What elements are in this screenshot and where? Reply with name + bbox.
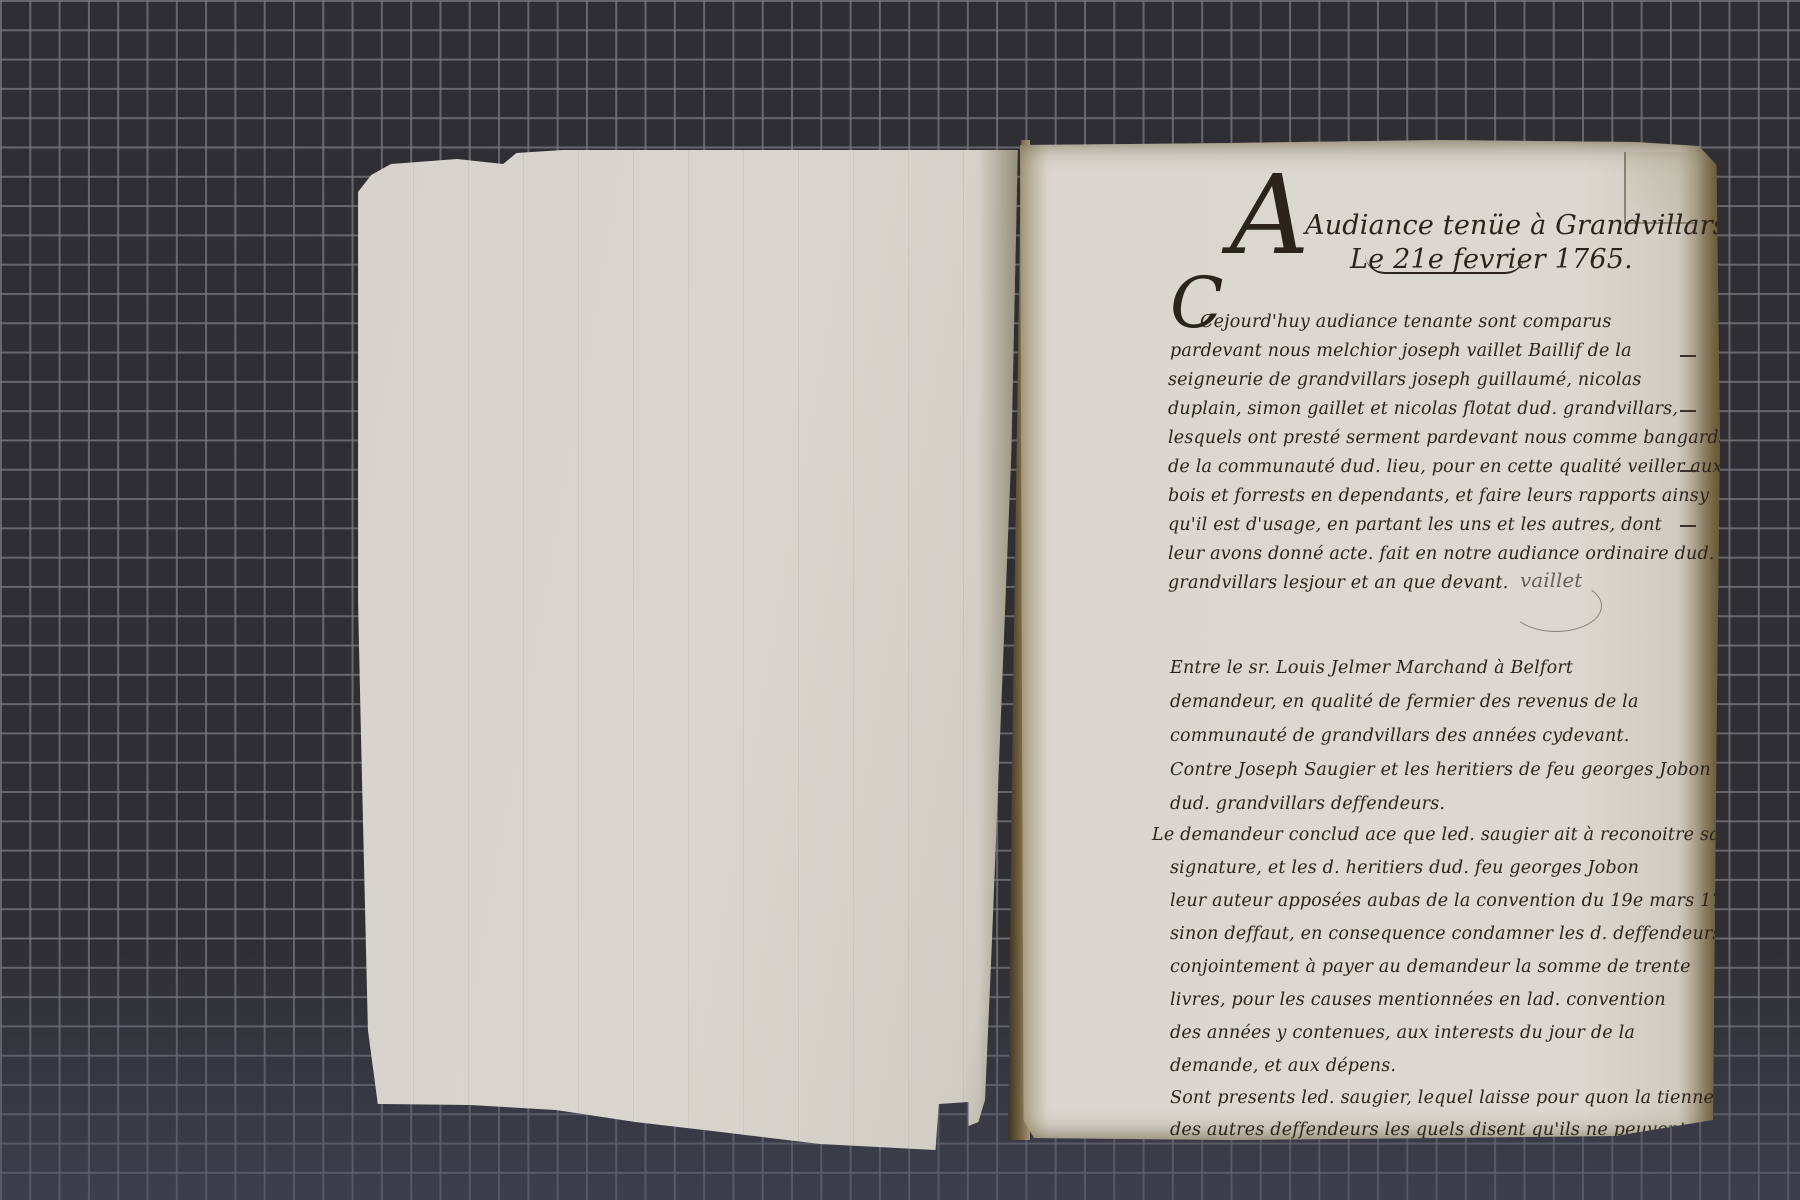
- para4-line: des autres deffendeurs les quels disent …: [1170, 1120, 1766, 1140]
- para1-line: lesquels ont presté serment pardevant no…: [1168, 428, 1728, 448]
- margin-dash: [1680, 525, 1696, 527]
- para1-line: seigneurie de grandvillars joseph guilla…: [1168, 370, 1642, 390]
- para3-line: conjointement à payer au demandeur la so…: [1170, 957, 1691, 977]
- laid-lines: [358, 150, 1018, 1150]
- signature-flourish: [1510, 580, 1602, 632]
- para1-line: qu'il est d'usage, en partant les uns et…: [1168, 515, 1662, 535]
- para3-line: signature, et les d. heritiers dud. feu …: [1170, 858, 1639, 878]
- para1-line: pardevant nous melchior joseph vaillet B…: [1170, 341, 1632, 361]
- para4-line: leur signature estant mort, a fond la ve…: [1170, 1152, 1654, 1172]
- title-drop-cap: A: [1230, 160, 1309, 270]
- para3-line: leur auteur apposées aubas de la convent…: [1170, 891, 1745, 911]
- title-line-1: Audiance tenüe à Grandvillars: [1305, 210, 1727, 241]
- para1-line: grandvillars lesjour et an que devant.: [1168, 573, 1509, 593]
- para3-line: livres, pour les causes mentionnées en l…: [1170, 990, 1666, 1010]
- para3-line: demande, et aux dépens.: [1170, 1056, 1396, 1076]
- para1-line: bois et forrests en dependants, et faire…: [1168, 486, 1709, 506]
- para1-line: Cejourd'huy audiance tenante sont compar…: [1200, 312, 1612, 332]
- para3-line: sinon deffaut, en consequence condamner …: [1170, 924, 1722, 944]
- title-underline: [1365, 254, 1525, 274]
- para3-line: des années y contenues, aux interests du…: [1170, 1023, 1635, 1043]
- para1-line: de la communauté dud. lieu, pour en cett…: [1168, 457, 1723, 477]
- para2-line: dud. grandvillars deffendeurs.: [1170, 794, 1445, 814]
- para4-line: Sont presents led. saugier, lequel laiss…: [1170, 1088, 1714, 1108]
- para2-line: demandeur, en qualité de fermier des rev…: [1170, 692, 1639, 712]
- para3-line: Le demandeur conclud ace que led. saugie…: [1152, 825, 1720, 845]
- right-page: A Audiance tenüe à Grandvillars Le 21e f…: [1020, 140, 1720, 1140]
- para2-line: communauté de grandvillars des années cy…: [1170, 726, 1630, 746]
- margin-dash: [1680, 355, 1696, 357]
- para2-line: Contre Joseph Saugier et les heritiers d…: [1170, 760, 1711, 780]
- left-page: [358, 150, 1018, 1150]
- para2-line: Entre le sr. Louis Jelmer Marchand à Bel…: [1170, 658, 1573, 678]
- para1-line: leur avons donné acte. fait en notre aud…: [1168, 544, 1715, 564]
- margin-dash: [1680, 470, 1696, 472]
- margin-dash: [1680, 410, 1696, 412]
- para1-line: duplain, simon gaillet et nicolas flotat…: [1168, 399, 1678, 419]
